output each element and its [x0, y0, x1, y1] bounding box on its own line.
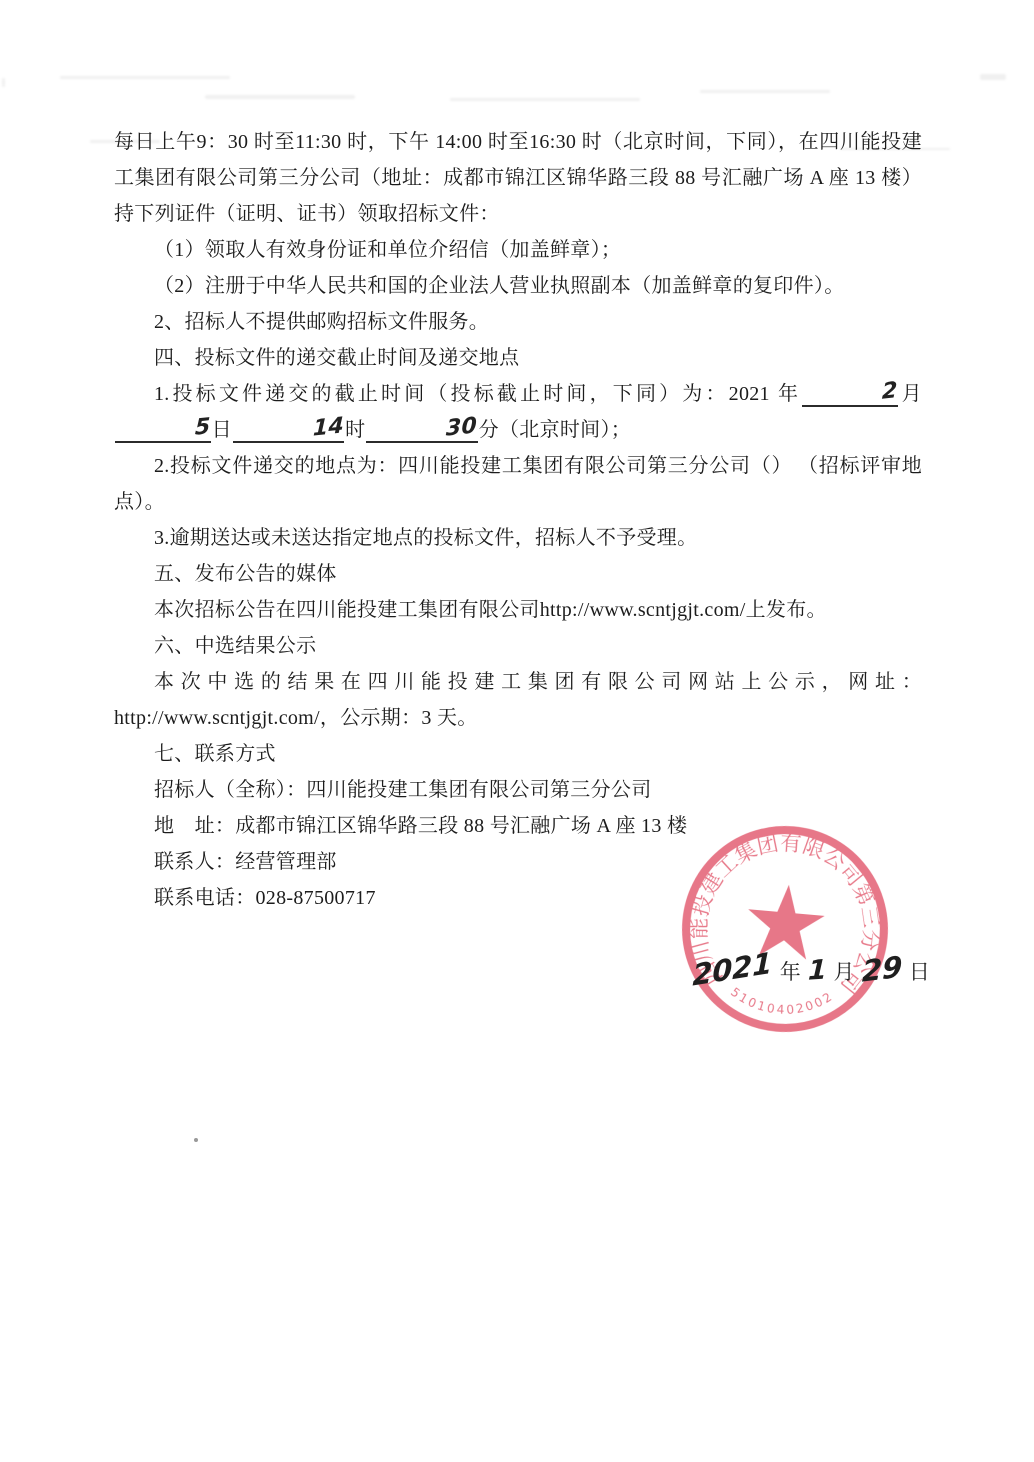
day-unit-label: 日	[909, 956, 930, 986]
handwritten-day: 5	[155, 416, 211, 444]
scan-artifact	[2, 78, 5, 87]
deadline-suffix: 分（北京时间）；	[479, 419, 631, 441]
company-seal: 四川能投建工集团有限公司第三分公司 51010402002	[667, 811, 903, 1047]
paragraph-no-mail-service: 2、招标人不提供邮购招标文件服务。	[114, 304, 922, 340]
scan-artifact	[205, 95, 355, 99]
announcement-url: http://www.scntjgjt.com/	[540, 599, 746, 621]
handwritten-hour: 14	[273, 415, 345, 445]
handwritten-day-value: 29	[861, 949, 902, 988]
deadline-day-blank: 5	[115, 419, 211, 443]
deadline-hour-unit: 时	[345, 419, 365, 441]
paragraph-media: 本次招标公告在四川能投建工集团有限公司http://www.scntjgjt.c…	[114, 592, 922, 628]
scan-artifact	[450, 98, 640, 101]
month-unit-label: 月	[834, 956, 855, 986]
paragraph-result: 本次中选的结果在四川能投建工集团有限公司网站上公示，网址：http://www.…	[114, 664, 922, 736]
list-item-credential-1: （1）领取人有效身份证和单位介绍信（加盖鲜章）；	[114, 232, 922, 268]
scan-artifact	[700, 90, 830, 93]
result-suffix: ，公示期：3 天。	[320, 707, 478, 729]
media-suffix: 上发布。	[746, 599, 827, 621]
year-unit-label: 年	[780, 956, 801, 986]
document-page: 每日上午9：30 时至11:30 时，下午 14:00 时至16:30 时（北京…	[114, 124, 922, 916]
signature-date: 2021 年 1 月 29 日	[692, 952, 907, 986]
deadline-prefix: 1.投标文件递交的截止时间（投标截止时间，下同）为：2021 年	[154, 383, 801, 405]
paragraph-bidder-name: 招标人（全称）：四川能投建工集团有限公司第三分公司	[114, 772, 922, 808]
section-heading-6: 六、中选结果公示	[114, 628, 922, 664]
deadline-hour-blank: 14	[233, 419, 344, 443]
scan-speck	[194, 1138, 198, 1142]
deadline-month-unit: 月	[899, 383, 922, 405]
result-prefix: 本次中选的结果在四川能投建工集团有限公司网站上公示，网址：	[154, 671, 922, 693]
section-heading-4: 四、投标文件的递交截止时间及递交地点	[114, 340, 922, 376]
deadline-month-blank: 2	[802, 383, 898, 407]
deadline-minute-blank: 30	[366, 419, 477, 443]
handwritten-year-value: 2021	[692, 945, 772, 992]
scan-artifact	[980, 74, 1006, 80]
media-prefix: 本次招标公告在四川能投建工集团有限公司	[154, 599, 540, 621]
section-heading-7: 七、联系方式	[114, 736, 922, 772]
paragraph-deadline: 1.投标文件递交的截止时间（投标截止时间，下同）为：2021 年2月5日14时3…	[114, 376, 922, 448]
handwritten-month: 2	[842, 380, 898, 408]
result-url: http://www.scntjgjt.com/	[114, 707, 320, 729]
handwritten-minute: 30	[406, 415, 478, 445]
paragraph-intro: 每日上午9：30 时至11:30 时，下午 14:00 时至16:30 时（北京…	[114, 124, 922, 232]
paragraph-submission-place: 2.投标文件递交的地点为：四川能投建工集团有限公司第三分公司（） （招标评审地点…	[114, 448, 922, 520]
deadline-day-unit: 日	[212, 419, 232, 441]
list-item-credential-2: （2）注册于中华人民共和国的企业法人营业执照副本（加盖鲜章的复印件）。	[114, 268, 922, 304]
scan-artifact	[60, 76, 230, 79]
section-heading-5: 五、发布公告的媒体	[114, 556, 922, 592]
handwritten-month-value: 1	[807, 954, 827, 986]
paragraph-late-delivery: 3.逾期送达或未送达指定地点的投标文件，招标人不予受理。	[114, 520, 922, 556]
